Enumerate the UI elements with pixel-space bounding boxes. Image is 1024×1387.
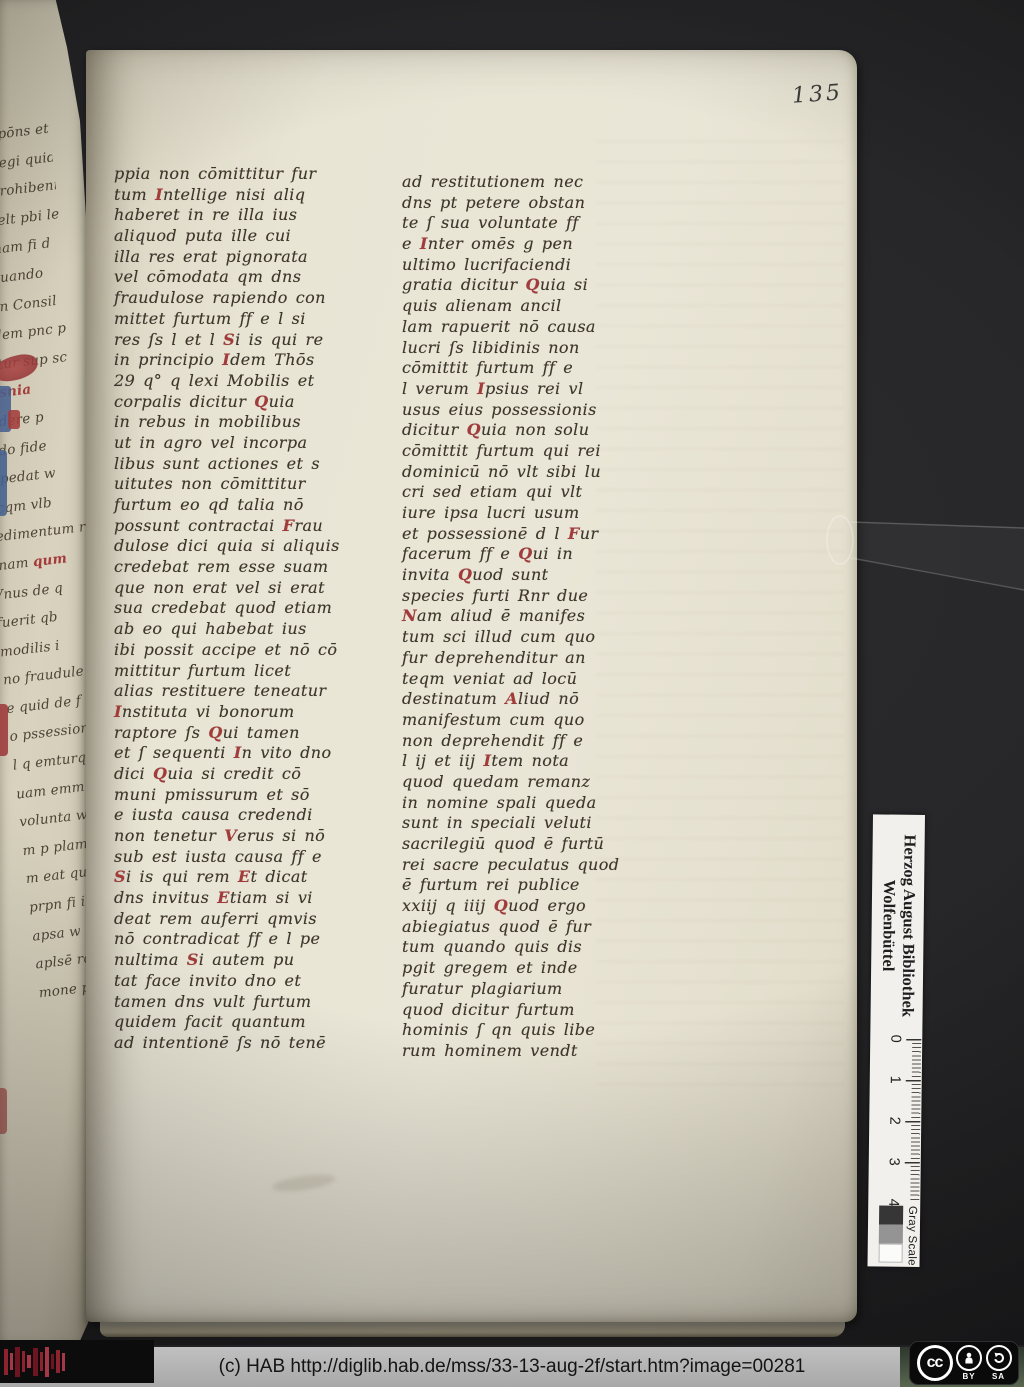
calibration-bar — [33, 1348, 38, 1376]
text-line: aliquod puta ille cui — [114, 226, 386, 247]
text-line: manifestum cum quo — [402, 710, 678, 731]
text-line: 29 q° q lexi Mobilis et — [114, 371, 386, 392]
text-line: ut in agro vel incorpa — [114, 433, 386, 454]
gray-scale-patches — [878, 1205, 903, 1266]
ruler-number: 0 — [887, 1035, 903, 1043]
text-line: nultima Si autem pu — [114, 950, 386, 971]
text-line: gratia dicitur Quia si — [402, 275, 678, 296]
share-alike-arrow-icon — [986, 1345, 1012, 1371]
text-line: sua credebat quod etiam — [114, 598, 386, 619]
library-name-label: Herzog August Bibliothek Wolfenbüttel — [870, 814, 925, 1037]
library-ruler-strip: Herzog August Bibliothek Wolfenbüttel 01… — [867, 814, 925, 1267]
rubric-letter: I — [222, 350, 230, 369]
rubric-letter: I — [155, 185, 163, 204]
text-line: dicitur Quia non solu — [402, 420, 678, 441]
text-line: species furti Rnr due — [402, 586, 678, 607]
text-line: facerum ff e Qui in — [402, 544, 678, 565]
text-line: non deprehendit ff e — [402, 731, 678, 752]
text-line: ab eo qui habebat ius — [114, 619, 386, 640]
text-line: tum sci illud cum quo — [402, 627, 678, 648]
sa-label: SA — [992, 1372, 1005, 1381]
text-line: furatur plagiarium — [402, 979, 678, 1000]
text-line: mittet furtum ff e l si — [114, 309, 386, 330]
text-line: Nam aliud ē manifes — [402, 606, 678, 627]
text-line: raptore ſs Qui tamen — [114, 723, 386, 744]
calibration-bar — [62, 1353, 65, 1371]
calibration-bar — [15, 1347, 20, 1377]
text-line: in principio Idem Thōs — [114, 350, 386, 371]
decorated-initial-red — [0, 704, 8, 756]
library-name-line1: Herzog August Bibliothek — [899, 834, 920, 1017]
text-line: cri sed etiam qui vlt — [402, 482, 678, 503]
text-line: vel cōmodata qm dns — [114, 267, 386, 288]
cc-license-plaque: cc BY SA — [909, 1341, 1019, 1385]
text-line: deat rem auferri qmvis — [114, 909, 386, 930]
text-line: e iusta causa credendi — [114, 805, 386, 826]
person-icon — [956, 1345, 982, 1371]
text-line: uitutes non cōmittitur — [114, 474, 386, 495]
text-line: rei sacre peculatus quod — [402, 855, 678, 876]
text-line: ē furtum rei publice — [402, 875, 678, 896]
text-line: alias restituere teneatur — [114, 681, 386, 702]
calibration-bar — [56, 1350, 60, 1373]
text-line: tamen dns vult furtum — [114, 992, 386, 1013]
text-line: lucri ſs libidinis non — [402, 338, 678, 359]
folio-number: 135 — [791, 80, 844, 108]
text-line: cōmittit furtum qui rei — [402, 441, 678, 462]
photograph-background: ē de respōns et maus fir legi quidalicui… — [0, 0, 1024, 1387]
calibration-bar — [51, 1354, 54, 1369]
rubric-letter: S — [114, 867, 126, 886]
text-line: possunt contractai Frau — [114, 516, 386, 537]
rubric-letter: Q — [254, 392, 268, 411]
rubric-letter: S — [223, 330, 235, 349]
rubric-letter: N — [402, 606, 417, 625]
text-line: corpalis dicitur Quia — [114, 392, 386, 413]
text-line: xxiij q iiij Quod ergo — [402, 896, 678, 917]
cc-by-badge: BY — [956, 1345, 982, 1381]
text-line: te ſ sua voluntate ff — [402, 213, 678, 234]
gray-scale-label: Gray Scale — [905, 1205, 918, 1267]
text-line: furtum eo qd talia nō — [114, 495, 386, 516]
text-line: abiegiatus quod ē fur — [402, 917, 678, 938]
text-line: l verum Ipsius rei vl — [402, 379, 678, 400]
text-line: et ſ sequenti In vito dno — [114, 743, 386, 764]
text-line: e Inter omēs g pen — [402, 234, 678, 255]
text-line: sub est iusta causa ff e — [114, 847, 386, 868]
text-line: ppia non cōmittitur fur — [114, 164, 386, 185]
ruler-number: 1 — [887, 1076, 903, 1084]
text-line: dulose dici quia si aliquis — [114, 536, 386, 557]
text-line: invita Quod sunt — [402, 565, 678, 586]
text-line: dominicū nō vlt sibi lu — [402, 462, 678, 483]
cc-icon: cc — [917, 1345, 953, 1381]
decorated-initial-red — [0, 1088, 7, 1134]
calibration-bar — [22, 1351, 25, 1372]
text-line: ultimo lucrifaciendi — [402, 255, 678, 276]
text-line: rum hominem vendt — [402, 1041, 678, 1062]
text-line: sacrilegiū quod ē furtū — [402, 834, 678, 855]
text-line: quod dicitur furtum — [402, 1000, 678, 1021]
rubric-letter: I — [420, 234, 428, 253]
transparent-film-strip — [810, 462, 1024, 622]
color-target-wrapper: Herzog August Bibliothek Wolfenbüttel 01… — [925, 815, 1024, 867]
ruler-number: 2 — [886, 1117, 902, 1125]
page-stack-edge — [100, 1322, 845, 1337]
rubric-letter: I — [114, 702, 122, 721]
rubric-letter: I — [477, 379, 485, 398]
rubric-letter: F — [568, 524, 580, 543]
text-line: dns pt petere obstan — [402, 193, 678, 214]
gray-patch-dark — [879, 1205, 903, 1224]
rubric-letter: Q — [518, 544, 532, 563]
text-line: l ij et iij Item nota — [402, 751, 678, 772]
rubric-letter: Q — [526, 275, 540, 294]
cc-sa-badge: SA — [986, 1345, 1012, 1381]
calibration-bar — [45, 1347, 49, 1377]
text-line: mittitur furtum licet — [114, 661, 386, 682]
ruler-number: 3 — [886, 1158, 902, 1166]
text-line: dici Quia si credit cō — [114, 764, 386, 785]
text-line: teqm veniat ad locū — [402, 669, 678, 690]
text-line: non tenetur Verus si nō — [114, 826, 386, 847]
text-line: tum quando quis dis — [402, 937, 678, 958]
text-line: ibi possit accipe et nō cō — [114, 640, 386, 661]
rubric-letter: qum — [32, 550, 68, 570]
text-line: credebat rem esse suam — [114, 557, 386, 578]
faint-smudge — [271, 1172, 336, 1195]
manuscript-page: 135 ppia non cōmittitur furtum Intellige… — [86, 50, 857, 1322]
by-label: BY — [962, 1372, 975, 1381]
rubric-letter: V — [224, 826, 237, 845]
calibration-bar — [27, 1355, 31, 1368]
text-line: destinatum Aliud nō — [402, 689, 678, 710]
text-line: in rebus in mobilibus — [114, 412, 386, 433]
text-line: que non erat vel si erat — [114, 578, 386, 599]
text-line: Instituta vi bonorum — [114, 702, 386, 723]
text-line: pgit gregem et inde — [402, 958, 678, 979]
text-line: quod quedam remanz — [402, 772, 678, 793]
text-line: tum Intellige nisi aliq — [114, 185, 386, 206]
text-line: fur deprehenditur an — [402, 648, 678, 669]
text-line: haberet in re illa ius — [114, 205, 386, 226]
decorated-initial-red — [8, 410, 20, 429]
text-line: res ſs l et l Si is qui re — [114, 330, 386, 351]
text-line: quidem facit quantum — [114, 1012, 386, 1033]
rubric-letter: Q — [458, 565, 472, 584]
text-line: ad intentionē ſs nō tenē — [114, 1033, 386, 1054]
calibration-bar — [40, 1352, 43, 1371]
text-column-right: ad restitutionem necdns pt petere obstan… — [402, 172, 678, 1062]
color-calibration-barcode — [0, 1340, 154, 1383]
text-line: nō contradicat ff e l pe — [114, 929, 386, 950]
rubric-letter: E — [238, 867, 251, 886]
ruler-scale: 01234 — [868, 1036, 922, 1205]
text-line: in nomine spali queda — [402, 793, 678, 814]
text-line: libus sunt actiones et s — [114, 454, 386, 475]
text-line: Si is qui rem Et dicat — [114, 867, 386, 888]
gray-scale-target: Gray Scale — [867, 1204, 920, 1267]
rubric-letter: Q — [208, 723, 222, 742]
decorated-initial-blue — [0, 450, 7, 516]
rubric-letter: Q — [467, 420, 481, 439]
text-line: tat face invito dno et — [114, 971, 386, 992]
rubric-letter: E — [217, 888, 230, 907]
rubric-letter: A — [505, 689, 518, 708]
text-line: dns invitus Etiam si vi — [114, 888, 386, 909]
text-line: usus eius possessionis — [402, 400, 678, 421]
text-line: hominis ſ qn quis libe — [402, 1020, 678, 1041]
rubric-letter: S — [187, 950, 199, 969]
rubric-letter: Q — [494, 896, 508, 915]
facing-page-edge: ē de respōns et maus fir legi quidalicui… — [0, 0, 93, 1345]
text-line: illa res erat pignorata — [114, 247, 386, 268]
calibration-bar — [4, 1349, 8, 1375]
text-line: et possessionē d l Fur — [402, 524, 678, 545]
gray-patch-mid — [879, 1224, 903, 1243]
text-column-left: ppia non cōmittitur furtum Intellige nis… — [114, 164, 386, 1054]
text-line: lam rapuerit nō causa — [402, 317, 678, 338]
text-line: cōmittit furtum ff e — [402, 358, 678, 379]
text-line: quis alienam ancil — [402, 296, 678, 317]
text-line: iure ipsa lucri usum — [402, 503, 678, 524]
text-line: ad restitutionem nec — [402, 172, 678, 193]
library-name-line2: Wolfenbüttel — [879, 880, 899, 972]
rubric-letter: F — [283, 516, 295, 535]
calibration-bar — [10, 1353, 13, 1370]
gray-patch-white — [879, 1243, 903, 1262]
text-line: muni pmissurum et sō — [114, 785, 386, 806]
rubric-letter: I — [234, 743, 242, 762]
rubric-letter: Q — [153, 764, 167, 783]
text-line: sunt in speciali veluti — [402, 813, 678, 834]
text-line: fraudulose rapiendo con — [114, 288, 386, 309]
